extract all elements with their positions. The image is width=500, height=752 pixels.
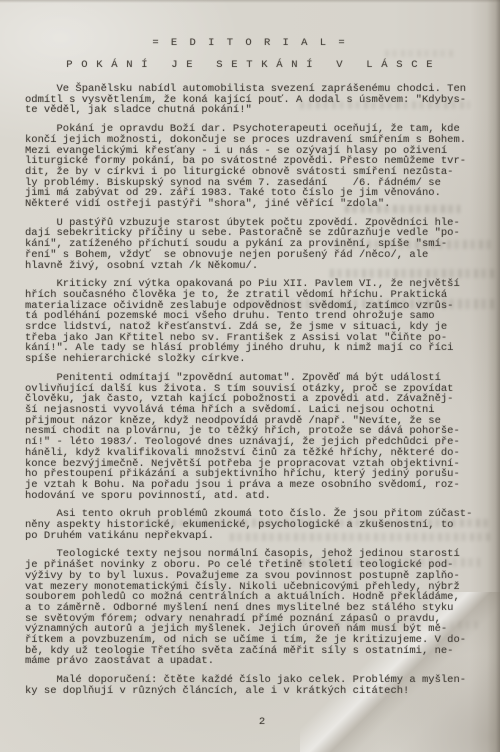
paragraph-8: Malé doporučení: čtěte každé číslo jako … bbox=[25, 675, 475, 696]
paragraph-4: Kriticky zní výtka opakovaná po Piu XII.… bbox=[25, 279, 475, 365]
paragraph-6: Asi tento okruh problémů zkoumá toto čís… bbox=[25, 509, 475, 541]
paragraph-5: Penitenti odmítají "zpovědní automat". Z… bbox=[25, 373, 475, 501]
page-number: 2 bbox=[25, 716, 475, 728]
scanned-document-page: = E D I T O R I A L = P O K Á N Í J E S … bbox=[0, 0, 500, 752]
paragraph-1: Ve Španělsku nabídl automobilista svezen… bbox=[25, 84, 475, 116]
document-content: = E D I T O R I A L = P O K Á N Í J E S … bbox=[25, 38, 475, 728]
paragraph-7: Teologické texty nejsou normální časopis… bbox=[25, 549, 475, 667]
paragraph-2: Pokání je opravdu Boží dar. Psychoterape… bbox=[25, 124, 475, 210]
article-title: P O K Á N Í J E S E T K Á N Í V L Á S C … bbox=[25, 60, 475, 71]
editorial-heading: = E D I T O R I A L = bbox=[25, 38, 475, 49]
page-top-edge-shadow bbox=[0, 0, 500, 3]
paragraph-3: U pastýřů vzbuzuje starost úbytek počtu … bbox=[25, 218, 475, 272]
